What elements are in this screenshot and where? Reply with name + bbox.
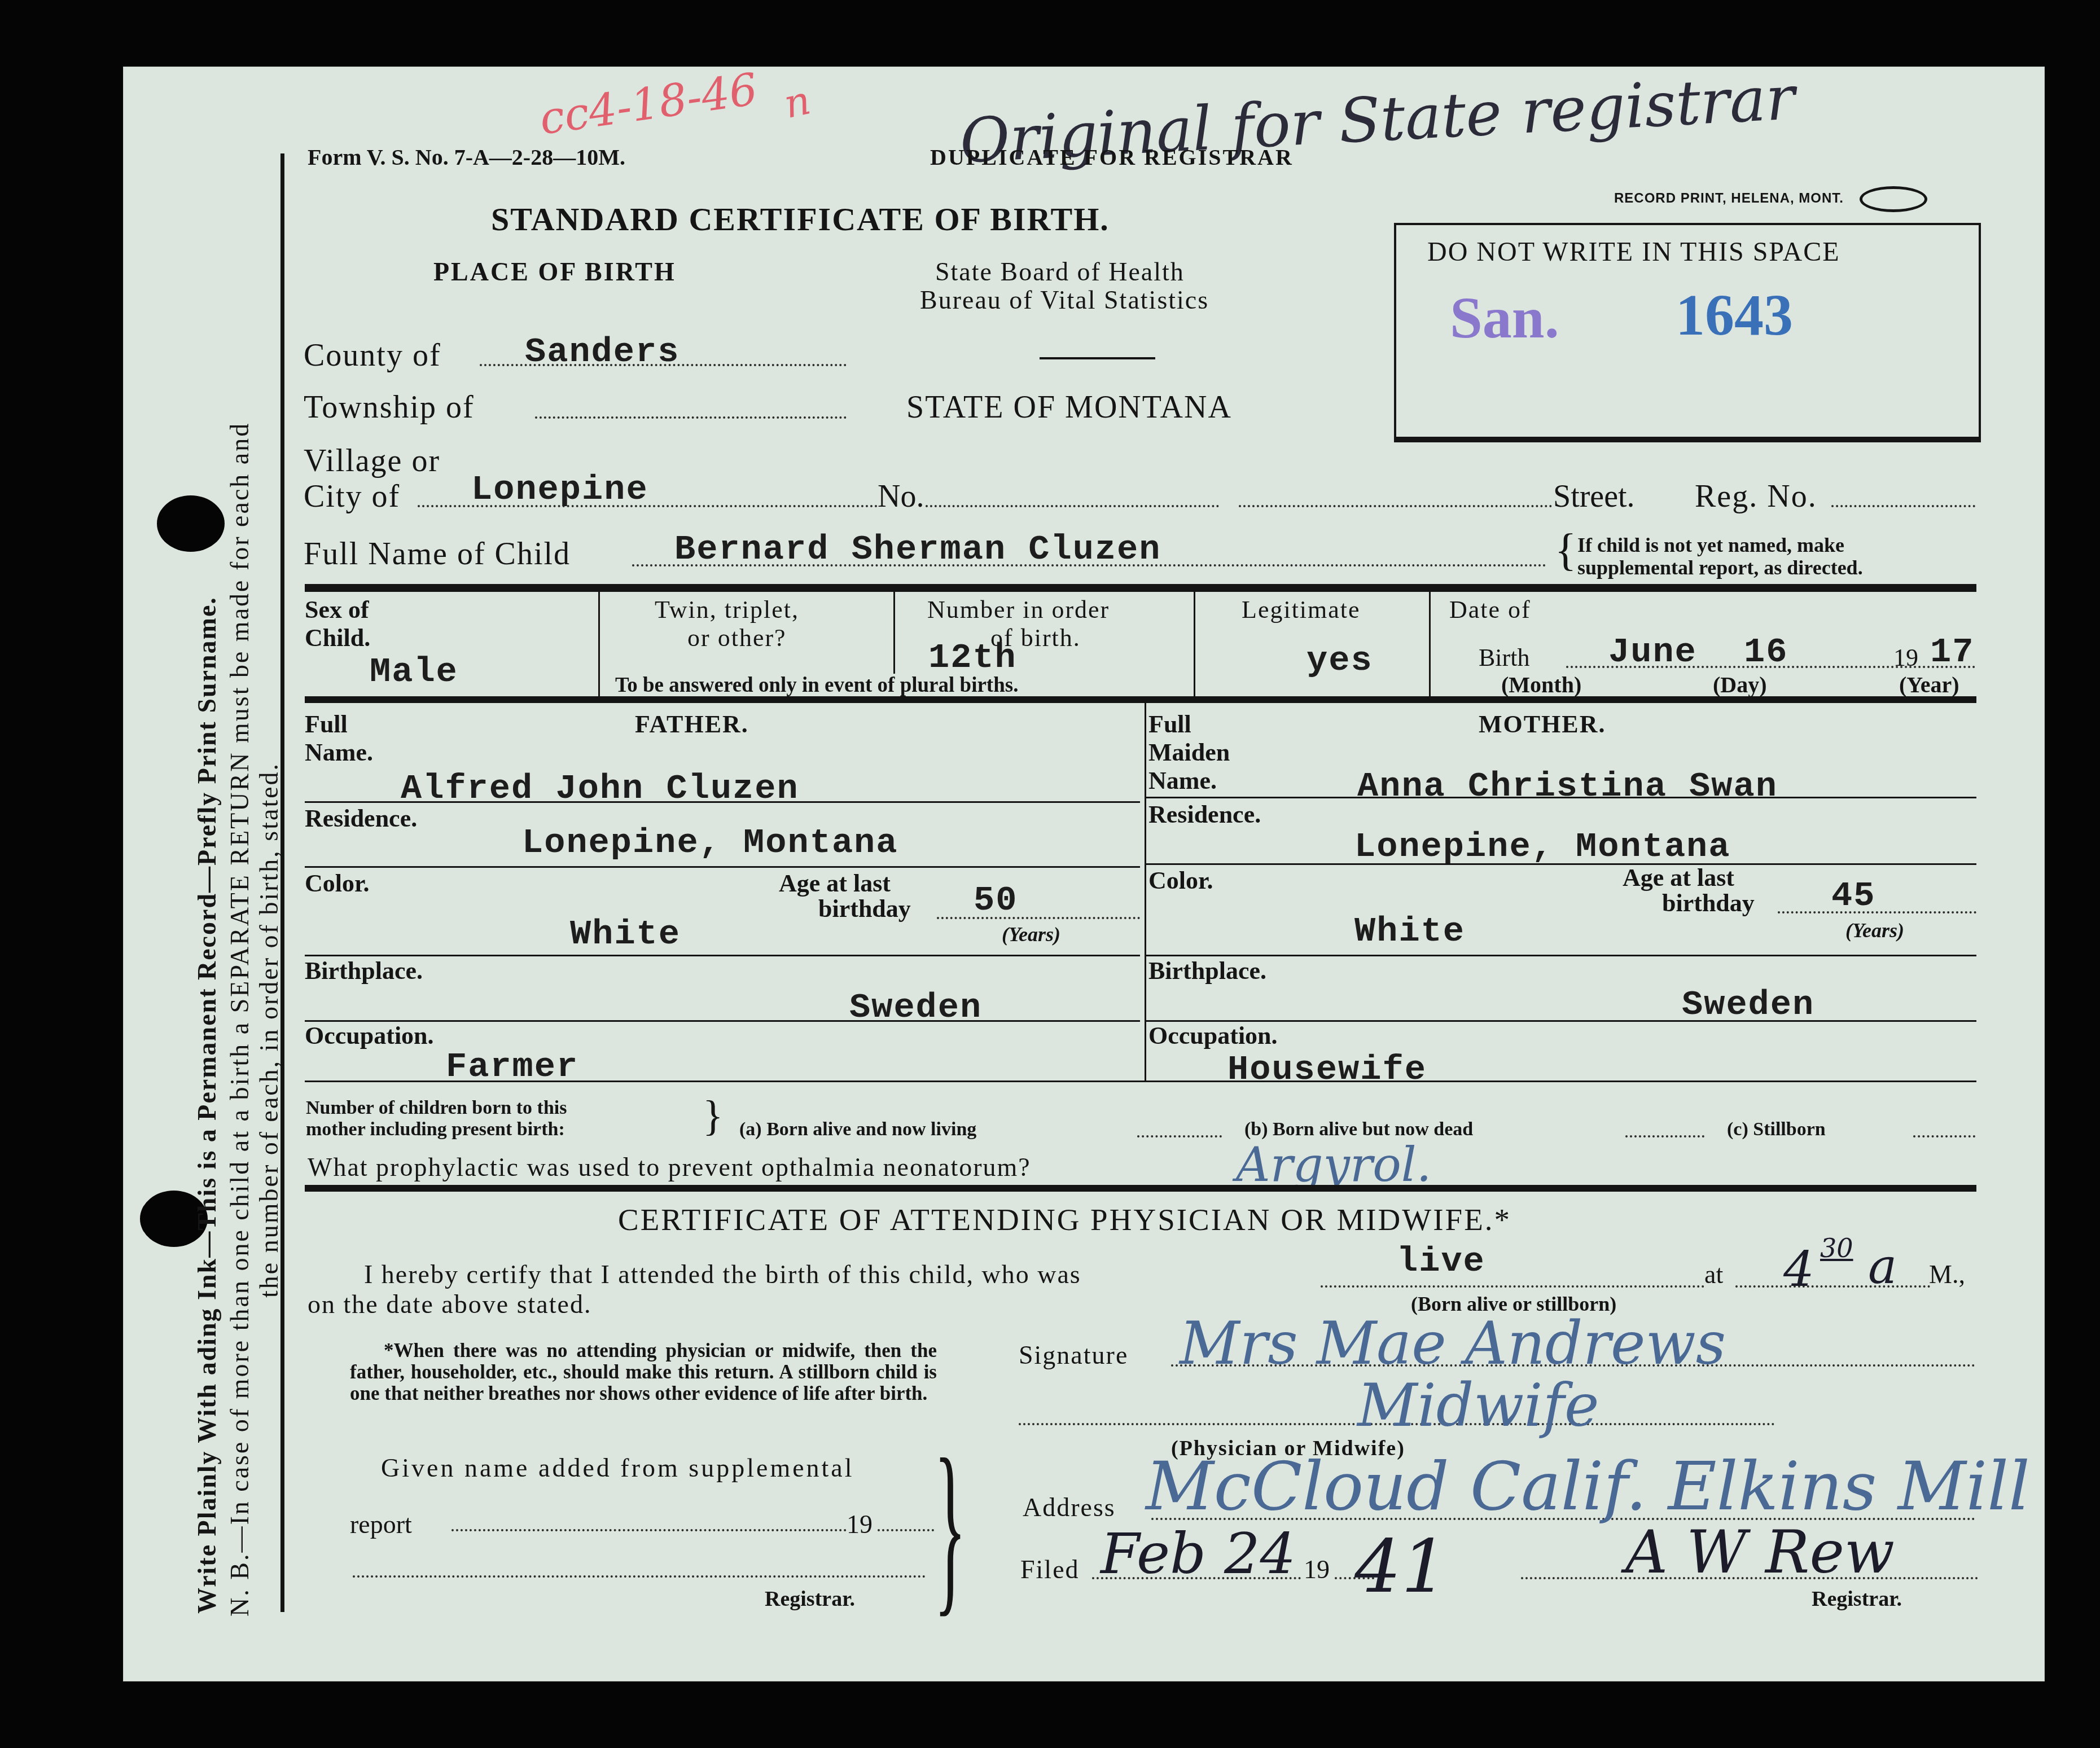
mother-age-line <box>1778 911 1976 913</box>
office-use-box: DO NOT WRITE IN THIS SPACE San. 1643 <box>1394 223 1981 442</box>
header-short-rule <box>1040 357 1155 359</box>
mother-birthplace[interactable]: Sweden <box>1682 985 1814 1025</box>
mother-row-line-1 <box>1146 797 1976 798</box>
dob-year-suffix[interactable]: 17 <box>1930 632 1974 672</box>
father-age-label-1: Age at last <box>779 869 891 898</box>
children-c-line[interactable] <box>1913 1135 1975 1137</box>
sex-label-line1: Sex of <box>305 595 369 624</box>
address-label: Address <box>1023 1492 1116 1522</box>
parents-divider <box>1145 703 1146 1081</box>
supplemental-year-prefix: 19 <box>847 1509 873 1539</box>
children-count-label-1: Number of children born to this <box>306 1097 567 1119</box>
year-caption: (Year) <box>1899 671 1959 698</box>
form-number: Form V. S. No. 7-A—2-28—10M. <box>308 144 625 170</box>
mother-age-label-2: birthday <box>1662 889 1755 917</box>
margin-instructions-line1: Write Plainly With ading Ink—This is a P… <box>192 596 222 1614</box>
father-row-line-3 <box>305 955 1140 956</box>
children-a-line[interactable] <box>1137 1135 1222 1137</box>
child-name-label: Full Name of Child <box>304 536 571 572</box>
order-value[interactable]: 12th <box>928 638 1017 678</box>
supplemental-brace-icon: } <box>934 1430 966 1622</box>
hole-punch-top <box>157 495 225 552</box>
mother-color[interactable]: White <box>1354 911 1465 951</box>
dob-day[interactable]: 16 <box>1744 632 1788 672</box>
twin-label-line2: or other? <box>687 623 787 652</box>
county-label: County of <box>304 337 441 374</box>
supplemental-name-line[interactable] <box>451 1529 847 1531</box>
township-label: Township of <box>304 389 475 425</box>
unnamed-note-line2: supplemental report, as directed. <box>1577 556 1863 579</box>
time-hour[interactable]: 4 <box>1783 1241 1814 1298</box>
child-col-divider-1 <box>598 592 600 696</box>
margin-instructions-line3: the number of each, in order of birth, s… <box>254 762 284 1298</box>
city-label: City of <box>304 478 400 515</box>
date-stated-text: on the date above stated. <box>308 1289 591 1319</box>
father-birthplace-label: Birthplace. <box>305 956 423 985</box>
legitimate-value[interactable]: yes <box>1307 640 1373 680</box>
at-label: at <box>1704 1259 1723 1289</box>
supplemental-year-line[interactable] <box>878 1529 934 1531</box>
mother-row-line-2 <box>1146 863 1976 865</box>
mother-years-caption: (Years) <box>1845 919 1904 942</box>
street-number-line[interactable] <box>926 505 1219 507</box>
mother-age-label-1: Age at last <box>1623 863 1734 892</box>
dob-label-line2: Birth <box>1479 643 1529 672</box>
supplemental-registrar-caption: Registrar. <box>765 1587 855 1611</box>
union-label-icon <box>1860 186 1927 212</box>
township-line[interactable] <box>535 416 847 419</box>
father-color[interactable]: White <box>570 914 681 954</box>
street-name-line[interactable] <box>1239 505 1552 507</box>
plural-births-note: To be answered only in event of plural b… <box>615 673 1018 697</box>
physician-title-value[interactable]: Midwife <box>1357 1371 1599 1440</box>
brace-icon: { <box>1555 528 1576 573</box>
certify-text: I hereby certify that I attended the bir… <box>364 1259 1081 1289</box>
father-row-line-2 <box>305 866 1140 868</box>
father-name-label-1: Full <box>305 710 348 739</box>
mother-heading: MOTHER. <box>1479 710 1606 739</box>
time-minutes[interactable]: 30 <box>1820 1233 1853 1263</box>
registration-number-stamp: 1643 <box>1676 282 1793 349</box>
father-age[interactable]: 50 <box>974 880 1018 920</box>
physician-heading: CERTIFICATE OF ATTENDING PHYSICIAN OR MI… <box>618 1202 1511 1237</box>
reg-number-label: Reg. No. <box>1695 478 1817 515</box>
state-name: STATE OF MONTANA <box>906 389 1232 425</box>
office-use-label: DO NOT WRITE IN THIS SPACE <box>1427 236 1840 267</box>
supplemental-registrar-line[interactable] <box>353 1575 926 1578</box>
child-name-value[interactable]: Bernard Sherman Cluzen <box>674 529 1161 569</box>
twin-label-line1: Twin, triplet, <box>655 595 799 624</box>
children-c-label: (c) Stillborn <box>1727 1119 1826 1140</box>
filed-year-suffix[interactable]: 41 <box>1354 1523 1448 1609</box>
time-ampm[interactable]: a <box>1868 1238 1897 1295</box>
children-brace-icon: } <box>703 1095 723 1137</box>
filed-year-prefix: 19 <box>1304 1554 1330 1584</box>
father-years-caption: (Years) <box>1002 923 1060 946</box>
footnote: *When there was no attending physician o… <box>350 1340 937 1404</box>
state-board-line2: Bureau of Vital Statistics <box>920 285 1209 315</box>
signature-label: Signature <box>1019 1340 1128 1370</box>
m-label: M., <box>1929 1259 1965 1289</box>
parents-bottom-rule <box>305 1081 1976 1082</box>
city-value[interactable]: Lonepine <box>471 469 648 510</box>
reg-number-line[interactable] <box>1831 505 1975 507</box>
child-col-divider-3 <box>1194 592 1195 696</box>
prophylactic-label: What prophylactic was used to prevent op… <box>308 1152 1031 1182</box>
certificate-title: STANDARD CERTIFICATE OF BIRTH. <box>491 200 1110 238</box>
mother-occupation-label: Occupation. <box>1148 1021 1278 1050</box>
born-status-value[interactable]: live <box>1397 1241 1485 1281</box>
prophylactic-value[interactable]: Argyrol. <box>1236 1137 1431 1192</box>
thick-rule-1 <box>305 584 1976 592</box>
mother-name-label-2: Maiden <box>1148 738 1230 767</box>
children-a-label: (a) Born alive and now living <box>739 1119 976 1140</box>
mother-residence[interactable]: Lonepine, Montana <box>1354 827 1731 867</box>
children-b-line[interactable] <box>1625 1135 1704 1137</box>
registrar-caption: Registrar. <box>1812 1587 1902 1611</box>
month-caption: (Month) <box>1501 671 1581 698</box>
dob-label-line1: Date of <box>1449 595 1531 624</box>
father-name-label-2: Name. <box>305 738 373 767</box>
filed-label: Filed <box>1020 1554 1080 1584</box>
filed-date[interactable]: Feb 24 <box>1101 1521 1296 1587</box>
mother-age[interactable]: 45 <box>1831 876 1875 916</box>
time-line <box>1735 1285 1930 1288</box>
village-label: Village or <box>304 443 440 479</box>
father-color-label: Color. <box>305 869 370 898</box>
place-of-birth-heading: PLACE OF BIRTH <box>433 257 676 287</box>
supplemental-report-label: report <box>350 1509 412 1539</box>
street-label: Street. <box>1553 478 1635 515</box>
mother-row-line-3 <box>1146 955 1976 956</box>
mother-name[interactable]: Anna Christina Swan <box>1357 766 1778 806</box>
address-value[interactable]: McCloud Calif. Elkins Mill <box>1146 1447 2030 1525</box>
child-col-divider-2 <box>893 592 895 674</box>
registrar-signature[interactable]: A W Rew <box>1625 1518 1895 1587</box>
order-label-line1: Number in order <box>927 595 1110 624</box>
born-status-line <box>1321 1285 1704 1288</box>
printer-imprint: RECORD PRINT, HELENA, MONT. <box>1614 186 1927 212</box>
dob-month[interactable]: June <box>1608 632 1697 672</box>
father-age-line <box>937 917 1140 919</box>
duplicate-label: DUPLICATE FOR REGISTRAR <box>930 144 1294 170</box>
street-number-label: No. <box>878 478 924 515</box>
left-border-rule <box>280 153 284 1612</box>
thick-rule-2 <box>305 696 1976 703</box>
unnamed-note-line1: If child is not yet named, make <box>1577 533 1844 557</box>
dob-year-prefix: 19 <box>1893 643 1918 672</box>
father-row-line-1 <box>305 801 1140 803</box>
day-caption: (Day) <box>1713 671 1767 698</box>
sex-value[interactable]: Male <box>370 652 458 692</box>
mother-residence-label: Residence. <box>1148 800 1261 829</box>
mother-occupation[interactable]: Housewife <box>1227 1049 1427 1090</box>
thick-rule-3 <box>305 1185 1976 1192</box>
supplemental-line1: Given name added from supplemental <box>381 1453 854 1483</box>
father-occupation-label: Occupation. <box>305 1021 434 1050</box>
state-board-line1: State Board of Health <box>935 257 1185 287</box>
children-count-label-2: mother including present birth: <box>306 1119 565 1140</box>
county-stamp: San. <box>1450 284 1559 352</box>
margin-instructions-line2: N. B.—In case of more than one child at … <box>225 422 255 1617</box>
father-residence-label: Residence. <box>305 804 417 833</box>
county-value[interactable]: Sanders <box>525 332 679 372</box>
father-heading: FATHER. <box>635 710 749 739</box>
mother-name-label-3: Name. <box>1148 766 1217 795</box>
mother-color-label: Color. <box>1148 866 1213 895</box>
father-residence[interactable]: Lonepine, Montana <box>522 823 898 863</box>
child-col-divider-4 <box>1429 592 1431 696</box>
sex-label-line2: Child. <box>305 623 370 652</box>
signature-value[interactable]: Mrs Mae Andrews <box>1180 1309 1726 1378</box>
mother-name-label-1: Full <box>1148 710 1191 739</box>
mother-birthplace-label: Birthplace. <box>1148 956 1266 985</box>
father-age-label-2: birthday <box>818 894 911 923</box>
legitimate-label: Legitimate <box>1242 595 1361 624</box>
